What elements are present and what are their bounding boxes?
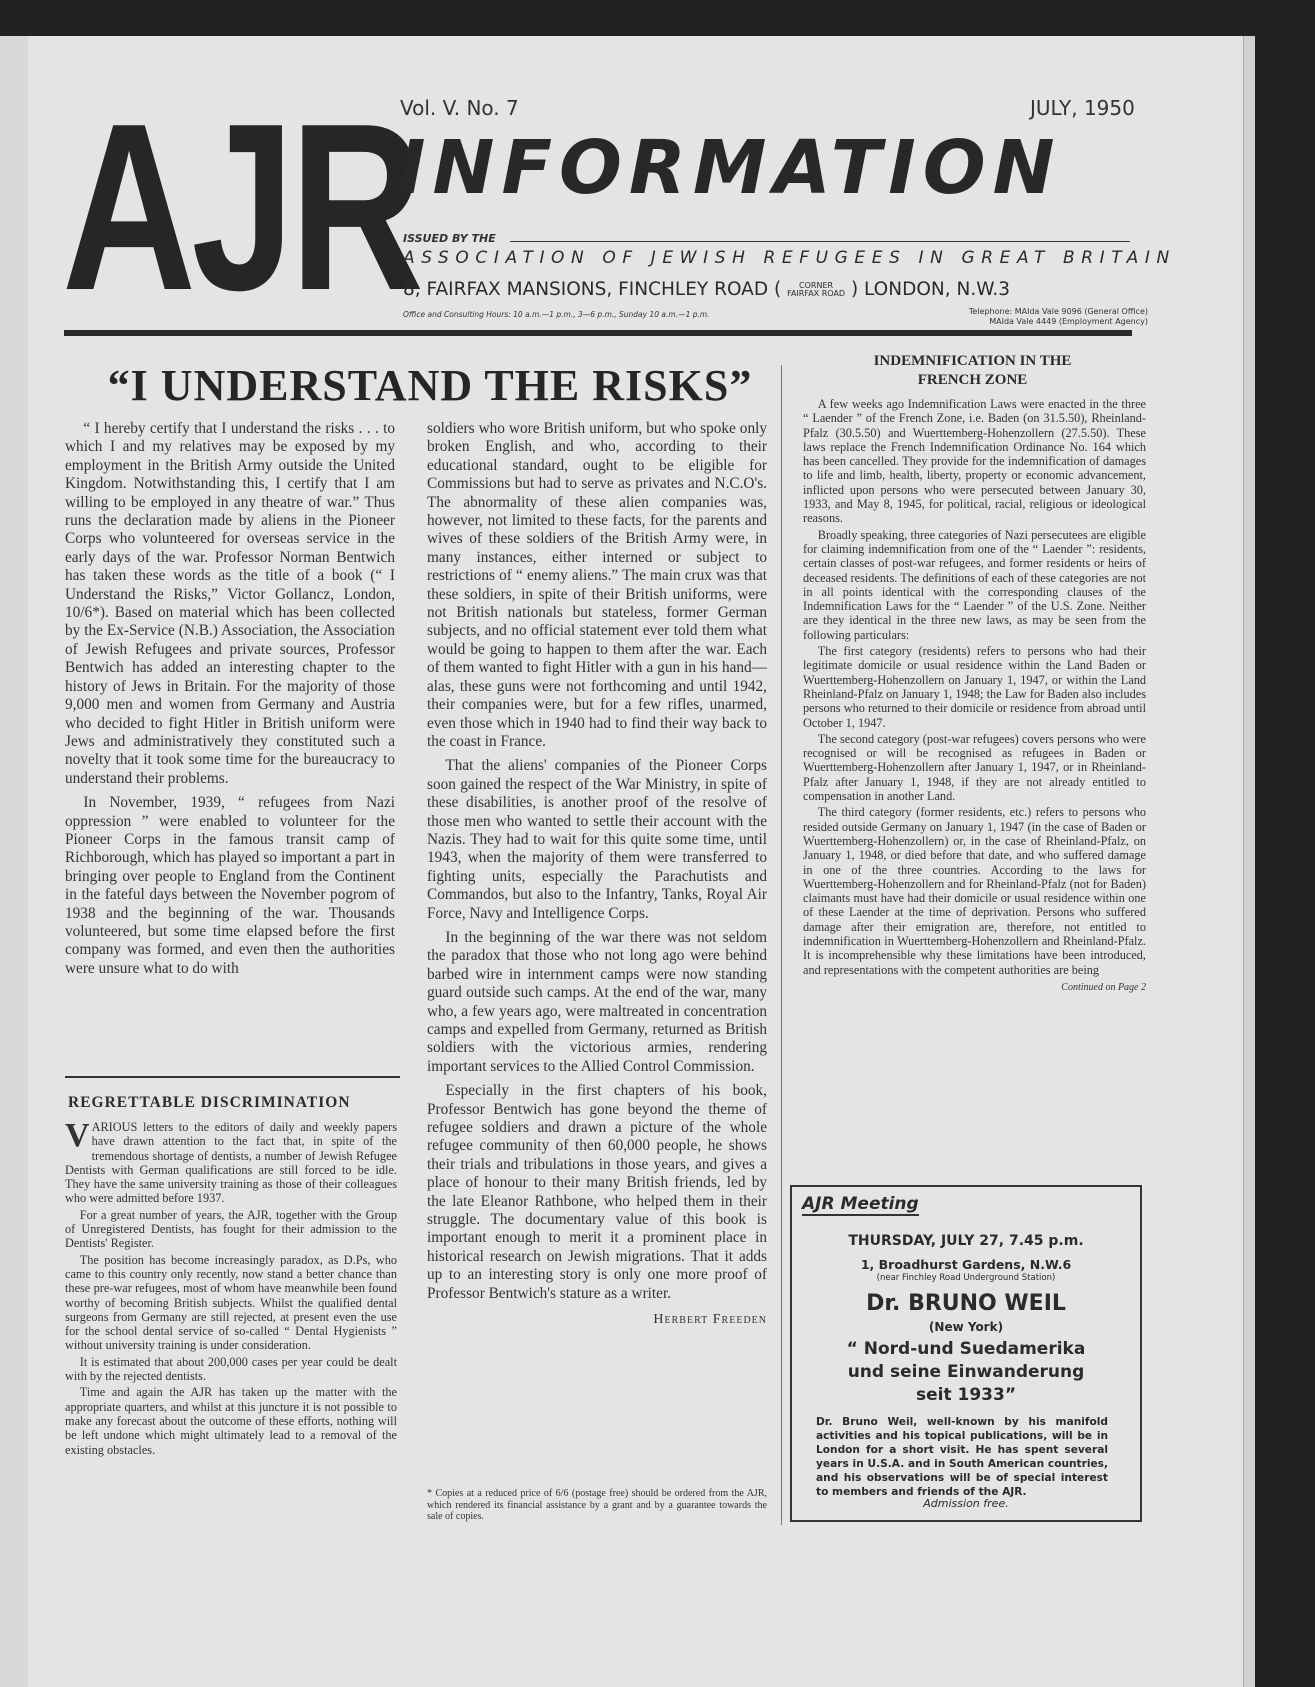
- meeting-description: Dr. Bruno Weil, well-known by his manifo…: [816, 1415, 1108, 1499]
- footnote: * Copies at a reduced price of 6/6 (post…: [427, 1488, 767, 1523]
- discrimination-heading: REGRETTABLE DISCRIMINATION: [68, 1094, 398, 1112]
- speaker-origin: (New York): [792, 1320, 1140, 1334]
- paragraph: For a great number of years, the AJR, to…: [65, 1208, 397, 1251]
- paragraph: In November, 1939, “ refugees from Nazi …: [65, 794, 395, 978]
- issued-by-label: ISSUED BY THE: [403, 232, 496, 245]
- paragraph: A few weeks ago Indemnification Laws wer…: [803, 397, 1146, 526]
- talk-title-1: “ Nord-und Suedamerika: [792, 1339, 1140, 1359]
- paragraph: That the aliens' companies of the Pionee…: [427, 757, 767, 923]
- paragraph: The second category (post-war refugees) …: [803, 732, 1146, 803]
- indemnification-article: A few weeks ago Indemnification Laws wer…: [803, 397, 1146, 995]
- indemnification-heading: INDEMNIFICATION IN THE FRENCH ZONE: [800, 352, 1145, 390]
- continued-note: Continued on Page 2: [803, 981, 1146, 995]
- column-divider: [781, 365, 782, 1525]
- paragraph: ARIOUS letters to the editors of daily a…: [65, 1120, 397, 1205]
- binding-edge-right: [1255, 0, 1315, 1687]
- heading-line-1: INDEMNIFICATION IN THE: [800, 352, 1145, 371]
- paragraph: Broadly speaking, three categories of Na…: [803, 528, 1146, 642]
- binding-edge-left: [0, 36, 29, 1687]
- telephone-block: Telephone: MAIda Vale 9096 (General Offi…: [969, 307, 1148, 327]
- speaker-name: Dr. BRUNO WEIL: [792, 1291, 1140, 1316]
- address-right: ) LONDON, N.W.3: [851, 279, 1010, 300]
- meeting-venue-note: (near Finchley Road Underground Station): [792, 1273, 1140, 1283]
- office-hours: Office and Consulting Hours: 10 a.m.—1 p…: [403, 310, 710, 319]
- paragraph: Especially in the first chapters of his …: [427, 1082, 767, 1303]
- issue-date: JULY, 1950: [1030, 96, 1135, 120]
- meeting-title: AJR Meeting: [802, 1194, 919, 1216]
- drop-cap: V: [65, 1122, 90, 1150]
- corner-bottom: FAIRFAX ROAD: [787, 289, 845, 298]
- main-headline: “I UNDERSTAND THE RISKS”: [90, 360, 770, 411]
- paragraph: soldiers who wore British uniform, but w…: [427, 420, 767, 751]
- talk-title-2: und seine Einwanderung: [792, 1362, 1140, 1382]
- talk-title-3: seit 1933”: [792, 1385, 1140, 1405]
- section-rule: [65, 1076, 400, 1078]
- paragraph: “ I hereby certify that I understand the…: [65, 420, 395, 788]
- heading-line-2: FRENCH ZONE: [800, 371, 1145, 390]
- address: 8, FAIRFAX MANSIONS, FINCHLEY ROAD ( COR…: [403, 279, 1010, 300]
- phone-general: Telephone: MAIda Vale 9096 (General Offi…: [969, 307, 1148, 317]
- paragraph: The position has become increasingly par…: [65, 1253, 397, 1353]
- paragraph: The third category (former residents, et…: [803, 805, 1146, 977]
- main-article-col1: “ I hereby certify that I understand the…: [65, 420, 395, 978]
- ajr-logo: AJR: [62, 100, 304, 316]
- volume-number: Vol. V. No. 7: [400, 96, 519, 120]
- meeting-datetime: THURSDAY, JULY 27, 7.45 p.m.: [792, 1233, 1140, 1249]
- main-article-col2: soldiers who wore British uniform, but w…: [427, 420, 767, 1330]
- discrimination-article: VARIOUS letters to the editors of daily …: [65, 1120, 397, 1459]
- admission-note: Admission free.: [792, 1497, 1140, 1510]
- association-name: ASSOCIATION OF JEWISH REFUGEES IN GREAT …: [403, 248, 1176, 268]
- paragraph: In the beginning of the war there was no…: [427, 929, 767, 1076]
- issued-by-rule: [510, 241, 1130, 242]
- corner-note: CORNERFAIRFAX ROAD: [787, 282, 845, 298]
- author-signature: Herbert Freeden: [427, 1311, 767, 1329]
- binding-edge-top: [0, 0, 1315, 40]
- address-left: 8, FAIRFAX MANSIONS, FINCHLEY ROAD (: [403, 279, 781, 300]
- meeting-announcement: AJR Meeting THURSDAY, JULY 27, 7.45 p.m.…: [790, 1185, 1142, 1522]
- meeting-venue: 1, Broadhurst Gardens, N.W.6: [792, 1257, 1140, 1272]
- phone-employment: MAIda Vale 4449 (Employment Agency): [969, 317, 1148, 327]
- paragraph: It is estimated that about 200,000 cases…: [65, 1355, 397, 1384]
- paragraph: The first category (residents) refers to…: [803, 644, 1146, 730]
- publication-title: INFORMATION: [398, 128, 1062, 208]
- paragraph: Time and again the AJR has taken up the …: [65, 1385, 397, 1456]
- masthead-rule: [64, 330, 1132, 336]
